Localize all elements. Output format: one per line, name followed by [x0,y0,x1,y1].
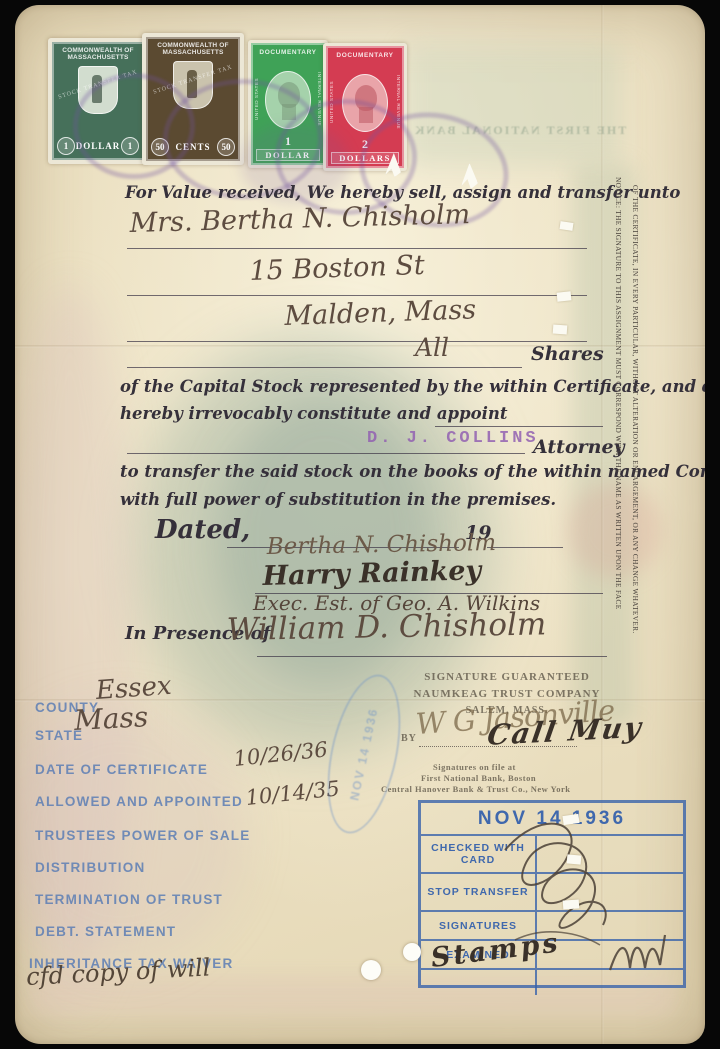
stamp-header: DOCUMENTARY [336,52,393,59]
year-line [487,547,563,548]
stamp-value-left: 1 [57,137,75,155]
guarantee-line1: SIGNATURE GUARANTEED [407,671,607,683]
city-line [127,341,587,342]
stamp-header: MASSACHUSETTS [162,49,223,56]
probate-label-termination: TERMINATION OF TRUST [35,892,223,907]
certificate-back-page: THE FIRST NATIONAL BANK COMMONWEALTH OF … [15,5,705,1044]
notice-text-line2: OF THE CERTIFICATE, IN EVERY PARTICULAR,… [631,185,640,665]
attorney-name-stamp: D. J. COLLINS [367,429,539,448]
shares-value-handwriting: All [415,333,449,362]
shares-label: Shares [531,343,604,365]
witness-line [257,656,607,657]
on-file-note1: Signatures on file at [433,762,516,772]
signature-harry-handwriting: Harry Rainkey [262,555,481,592]
probate-label-distribution: DISTRIBUTION [35,860,145,875]
attorney-line [127,453,525,454]
guarantee-signature-ink: Call Muy [485,711,645,752]
state-value-handwriting: Mass [73,700,149,737]
probate-label-trustees-power: TRUSTEES POWER OF SALE [35,828,250,843]
tape-bit [553,325,568,335]
stamp-header: DOCUMENTARY [259,49,316,56]
probate-label-certificate-date: DATE OF CERTIFICATE [35,762,208,777]
shares-line [127,367,522,368]
tape-bit [567,854,582,864]
city-handwriting: Malden, Mass [284,294,477,332]
tape-bit [557,291,572,301]
oval-date-stamp: NOV 14 1936 [315,668,413,840]
street-handwriting: 15 Boston St [249,250,425,287]
clause-substitution: with full power of substitution in the p… [120,490,556,509]
certificate-date-handwriting: 10/26/36 [232,737,328,771]
punch-hole [403,943,421,961]
on-file-note2: First National Bank, Boston [421,773,536,783]
on-file-note3: Central Hanover Bank & Trust Co., New Yo… [381,784,571,794]
punch-hole [361,960,381,980]
appointed-date-handwriting: 10/14/35 [244,776,340,810]
stamp-header: COMMONWEALTH OF [62,47,133,54]
attorney-label: Attorney [533,436,625,458]
scribble-initials [605,930,675,980]
oval-date-stamp-text: NOV 14 1936 [347,706,380,802]
stamp-header: MASSACHUSETTS [67,54,128,61]
appoint-line [435,426,603,427]
witness-signature-handwriting: William D. Chisholm [226,606,546,648]
street-line [127,295,587,296]
tape-bit [563,899,580,909]
dated-label: Dated, [155,515,250,545]
assignee-line [127,248,587,249]
notice-text-line1: NOTICE: THE SIGNATURE TO THIS ASSIGNMENT… [614,177,623,657]
clause-appoint: hereby irrevocably constitute and appoin… [120,404,508,423]
assignment-opening-line: For Value received, We hereby sell, assi… [125,183,613,202]
stamp-header: COMMONWEALTH OF [157,42,228,49]
assignee-name-handwriting: Mrs. Bertha N. Chisholm [129,199,470,239]
guarantee-by-label: BY [401,733,417,744]
tape-bit [560,221,574,231]
probate-label-debt-statement: DEBT. STATEMENT [35,924,176,939]
probate-label-allowed-appointed: ALLOWED AND APPOINTED [35,794,243,809]
